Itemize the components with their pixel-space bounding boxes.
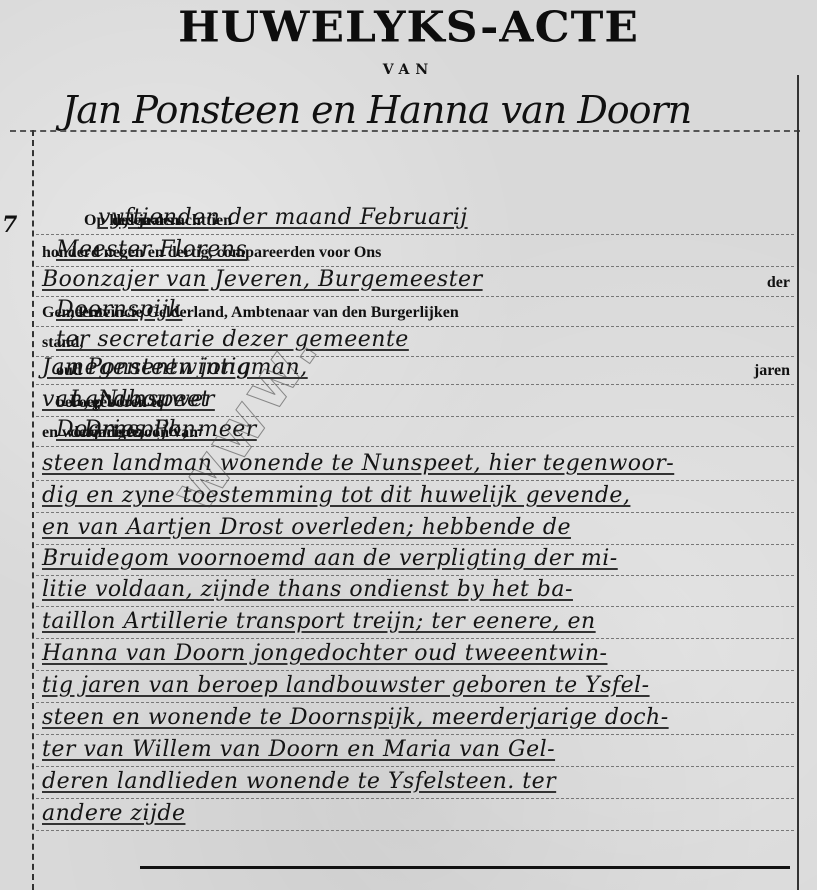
document-title: HUWELYKS-ACTE — [0, 3, 817, 51]
handwritten-text: litie voldaan, zijnde thans ondienst by … — [42, 577, 573, 602]
text-line: litie voldaan, zijnde thans ondienst by … — [36, 572, 794, 607]
text-line: Jan Ponsteen jongman,oudnegenentwintigja… — [36, 350, 794, 385]
handwritten-text: Bruidegom voornoemd aan de verpligting d… — [42, 546, 618, 571]
text-line: Bruidegom voornoemd aan de verpligting d… — [36, 541, 794, 576]
header-rule — [10, 130, 800, 132]
right-margin-border — [797, 75, 799, 890]
handwritten-text: negenentwintig — [70, 355, 252, 380]
marriage-certificate-page: HUWELYKS-ACTE VAN Jan Ponsteen en Hanna … — [0, 0, 817, 890]
handwritten-text: ter secretarie dezer gemeente — [56, 327, 409, 352]
text-line: tig jaren van beroep landbouwster gebore… — [36, 668, 794, 703]
handwritten-text: andere zijde — [42, 801, 185, 826]
text-line: en van Aartjen Drost overleden; hebbende… — [36, 510, 794, 545]
text-line: Op heden denvyftienden der maand Februar… — [36, 200, 794, 235]
printed-text: , Provincie Gelderland, Ambtenaar van de… — [70, 304, 459, 322]
handwritten-text: tig jaren van beroep landbouwster gebore… — [42, 673, 650, 698]
closing-rule — [140, 866, 790, 869]
text-line: dig en zyne toestemming tot dit huwelijk… — [36, 478, 794, 513]
handwritten-text: dig en zyne toestemming tot dit huwelijk… — [42, 483, 630, 508]
handwritten-text: steen landman wonende te Nunspeet, hier … — [42, 451, 674, 476]
printed-text: des jaars achttien — [112, 212, 232, 230]
left-margin-border — [32, 130, 34, 890]
text-line: en wonende teDoornspijk, meerderjarige z… — [36, 412, 794, 447]
handwritten-text: steen en wonende te Doornspijk, meerderj… — [42, 705, 669, 730]
handwritten-text: Hanna van Doorn jongedochter oud tweeent… — [42, 641, 608, 666]
parties-heading: Jan Ponsteen en Hanna van Doorn — [62, 88, 802, 132]
text-line: taillon Artillerie transport treijn; ter… — [36, 604, 794, 639]
handwritten-text: Nunspeet — [98, 387, 210, 412]
handwritten-text: ter van Willem van Doorn en Maria van Ge… — [42, 737, 555, 762]
handwritten-text: Dries Pon- — [84, 417, 204, 442]
handwritten-text: Meester Florens — [56, 237, 247, 262]
record-number: 7 — [2, 212, 17, 238]
text-line: steen landman wonende te Nunspeet, hier … — [36, 446, 794, 481]
handwritten-text: deren landlieden wonende te Ysfelsteen. … — [42, 769, 556, 794]
text-line: steen en wonende te Doornspijk, meerderj… — [36, 700, 794, 735]
text-line: ter van Willem van Doorn en Maria van Ge… — [36, 732, 794, 767]
handwritten-text: en van Aartjen Drost overleden; hebbende… — [42, 515, 571, 540]
handwritten-text: Boonzajer van Jeveren, Burgemeester — [42, 267, 483, 292]
printed-text: jaren — [754, 362, 790, 380]
document-subtitle: VAN — [0, 62, 817, 78]
text-line: Hanna van Doorn jongedochter oud tweeent… — [36, 636, 794, 671]
text-line: deren landlieden wonende te Ysfelsteen. … — [36, 764, 794, 799]
printed-text: der — [767, 274, 790, 292]
handwritten-text: taillon Artillerie transport treijn; ter… — [42, 609, 596, 634]
text-line: andere zijde — [36, 796, 794, 831]
